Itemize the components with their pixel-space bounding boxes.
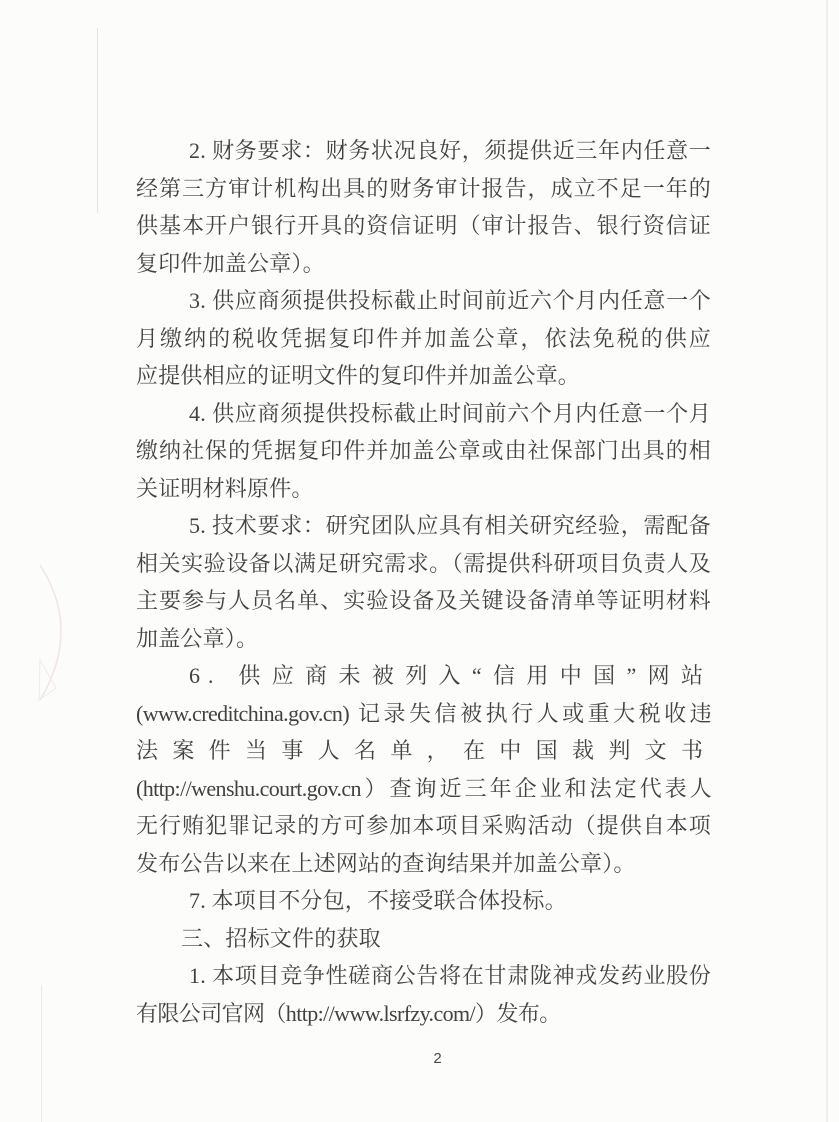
text-line: 1. 本项目竞争性磋商公告将在甘肃陇神戎发药业股份 <box>136 957 711 995</box>
text-line: 加盖公章）。 <box>136 620 711 658</box>
document-body: 2. 财务要求：财务状况良好，须提供近三年内任意一年 经第三方审计机构出具的财务… <box>136 132 711 1032</box>
text-line: 6. 供应商未被列入“信用中国”网站 <box>136 657 711 695</box>
paragraph-item-6: 6. 供应商未被列入“信用中国”网站 (www.creditchina.gov.… <box>136 657 711 882</box>
section-heading: 三、招标文件的获取 <box>136 920 711 958</box>
scanned-document-page: 2. 财务要求：财务状况良好，须提供近三年内任意一年 经第三方审计机构出具的财务… <box>0 0 839 1122</box>
paragraph-item-5: 5. 技术要求：研究团队应具有相关研究经验，需配备 相关实验设备以满足研究需求。… <box>136 507 711 657</box>
text-line: 发布公告以来在上述网站的查询结果并加盖公章）。 <box>136 845 711 883</box>
text-line: 7. 本项目不分包，不接受联合体投标。 <box>136 882 711 920</box>
text-line: 主要参与人员名单、实验设备及关键设备清单等证明材料并 <box>136 582 711 620</box>
paragraph-item-3: 3. 供应商须提供投标截止时间前近六个月内任意一个 月缴纳的税收凭据复印件并加盖… <box>136 282 711 395</box>
text-line: (www.creditchina.gov.cn) 记录失信被执行人或重大税收违 <box>136 695 711 733</box>
page-edge-shadow <box>826 0 828 1122</box>
text-line: 关证明材料原件。 <box>136 470 711 508</box>
paragraph-item-2: 2. 财务要求：财务状况良好，须提供近三年内任意一年 经第三方审计机构出具的财务… <box>136 132 711 282</box>
text-line: 经第三方审计机构出具的财务审计报告，成立不足一年的提 <box>136 170 711 208</box>
paragraph-section3-item-1: 1. 本项目竞争性磋商公告将在甘肃陇神戎发药业股份 有限公司官网（http://… <box>136 957 711 1032</box>
text-line: 5. 技术要求：研究团队应具有相关研究经验，需配备 <box>136 507 711 545</box>
text-line: 复印件加盖公章）。 <box>136 245 711 283</box>
text-line: 4. 供应商须提供投标截止时间前六个月内任意一个月 <box>136 395 711 433</box>
text-line: 应提供相应的证明文件的复印件并加盖公章。 <box>136 357 711 395</box>
page-number: 2 <box>0 1049 839 1069</box>
section-heading-line: 三、招标文件的获取 <box>136 920 711 958</box>
text-line: 缴纳社保的凭据复印件并加盖公章或由社保部门出具的相 <box>136 432 711 470</box>
text-line: 3. 供应商须提供投标截止时间前近六个月内任意一个 <box>136 282 711 320</box>
text-line: 供基本开户银行开具的资信证明（审计报告、银行资信证明 <box>136 207 711 245</box>
paragraph-item-7: 7. 本项目不分包，不接受联合体投标。 <box>136 882 711 920</box>
text-line: 月缴纳的税收凭据复印件并加盖公章，依法免税的供应商， <box>136 320 711 358</box>
text-line: 有限公司官网（http://www.lsrfzy.com/）发布。 <box>136 995 711 1033</box>
text-line: 相关实验设备以满足研究需求。（需提供科研项目负责人及 <box>136 545 711 583</box>
scan-crease-artifact <box>97 28 98 213</box>
text-line: (http://wenshu.court.gov.cn）查询近三年企业和法定代表… <box>136 770 711 808</box>
text-line: 2. 财务要求：财务状况良好，须提供近三年内任意一年 <box>136 132 711 170</box>
paragraph-item-4: 4. 供应商须提供投标截止时间前六个月内任意一个月 缴纳社保的凭据复印件并加盖公… <box>136 395 711 508</box>
stamp-bleed-artifact <box>0 550 120 730</box>
text-line: 法案件当事人名单，在中国裁判文书 <box>136 732 711 770</box>
text-line: 无行贿犯罪记录的方可参加本项目采购活动（提供自本项目 <box>136 807 711 845</box>
